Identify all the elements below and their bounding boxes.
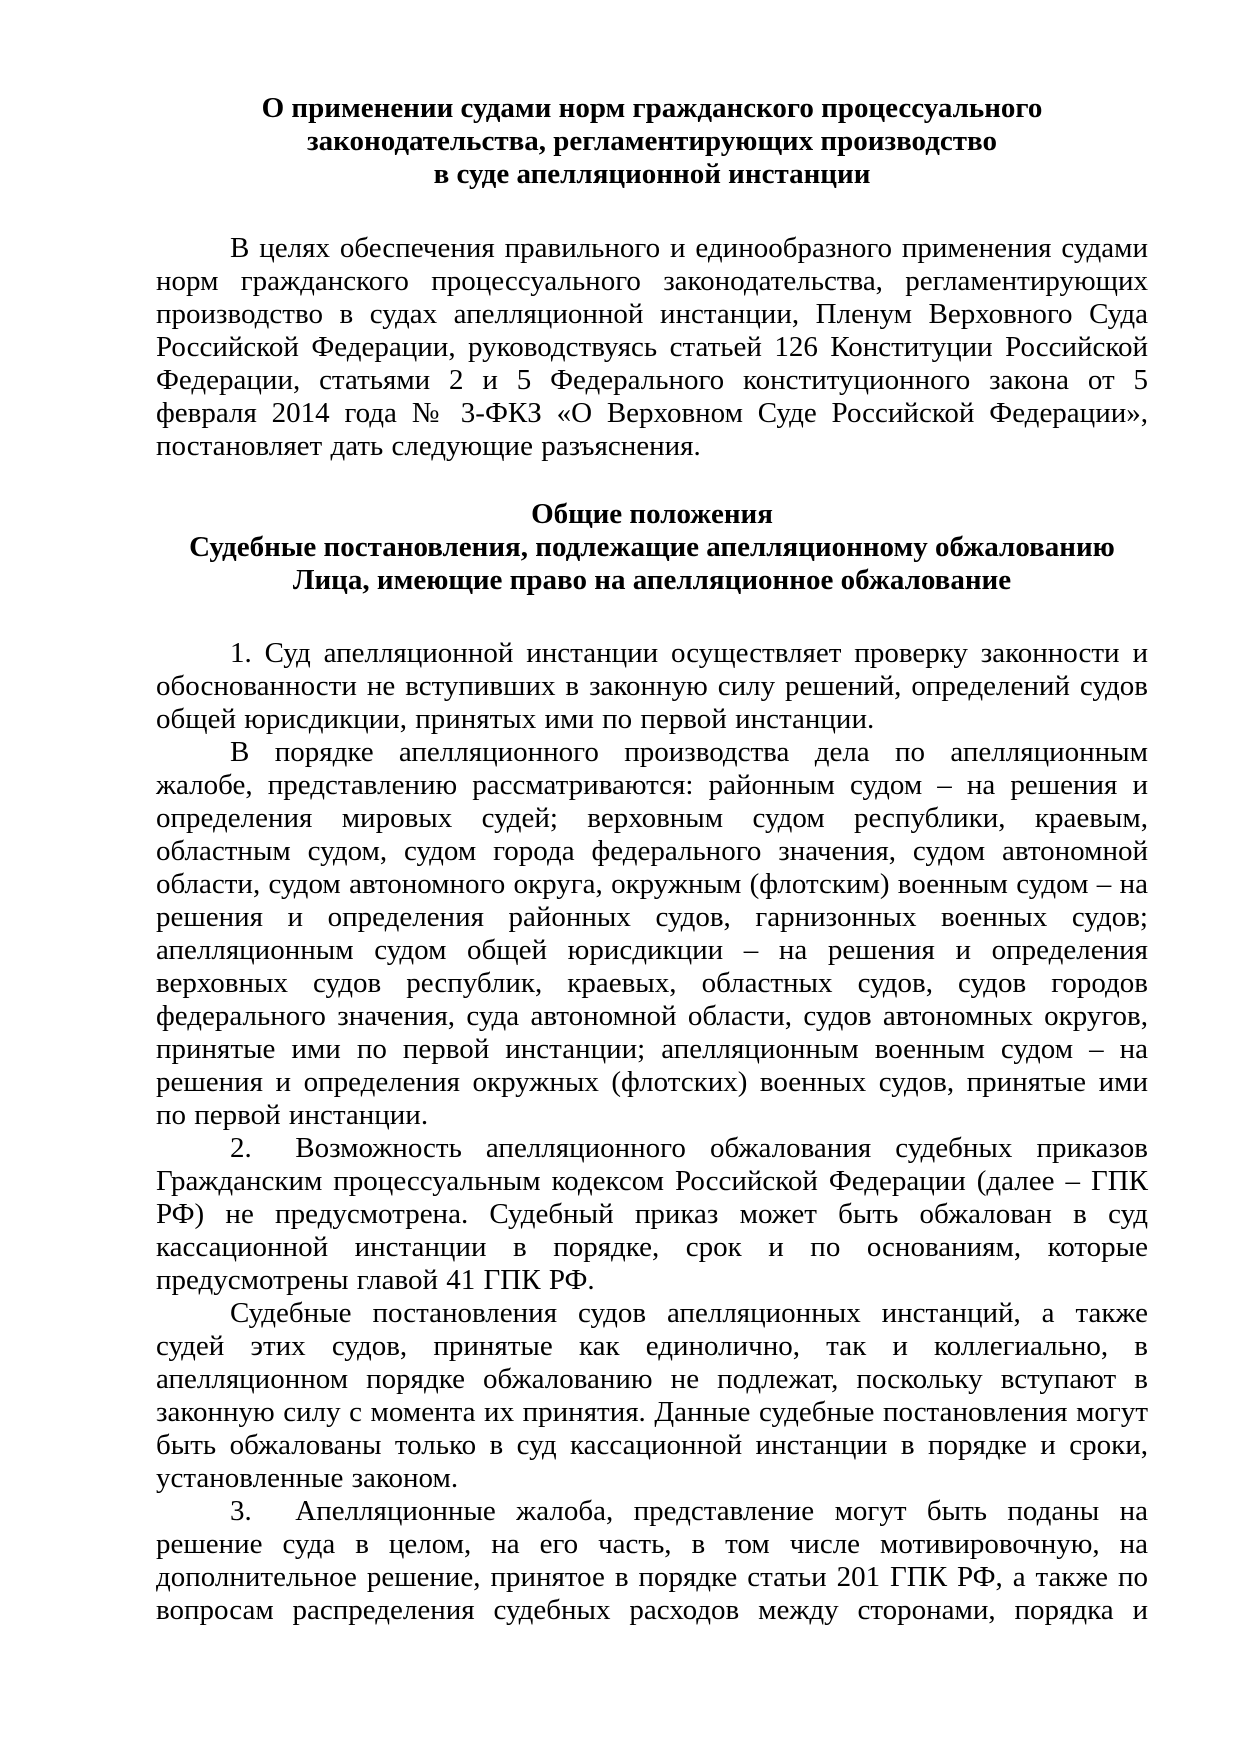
intro-paragraph: В целях обеспечения правильного и единоо… (156, 232, 1148, 463)
paragraph-item-1: 1. Суд апелляционной инстанции осуществл… (156, 637, 1148, 736)
paragraph-item-1-continued: В порядке апелляционного производства де… (156, 736, 1148, 1132)
document-page: О применении судами норм гражданского пр… (0, 0, 1240, 1755)
section-heading-line-1: Общие положения (156, 498, 1148, 531)
paragraph-item-3: 3. Апелляционные жалоба, представление м… (156, 1495, 1148, 1627)
section-heading-line-3: Лица, имеющие право на апелляционное обж… (156, 564, 1148, 597)
section-heading: Общие положения Судебные постановления, … (156, 498, 1148, 597)
document-title-line-2: законодательства, регламентирующих произ… (156, 125, 1148, 158)
paragraph-item-2-continued: Судебные постановления судов апелляционн… (156, 1297, 1148, 1495)
document-title: О применении судами норм гражданского пр… (156, 92, 1148, 191)
document-title-line-1: О применении судами норм гражданского пр… (156, 92, 1148, 125)
document-title-line-3: в суде апелляционной инстанции (156, 158, 1148, 191)
paragraph-item-2: 2. Возможность апелляционного обжаловани… (156, 1132, 1148, 1297)
section-heading-line-2: Судебные постановления, подлежащие апелл… (156, 531, 1148, 564)
